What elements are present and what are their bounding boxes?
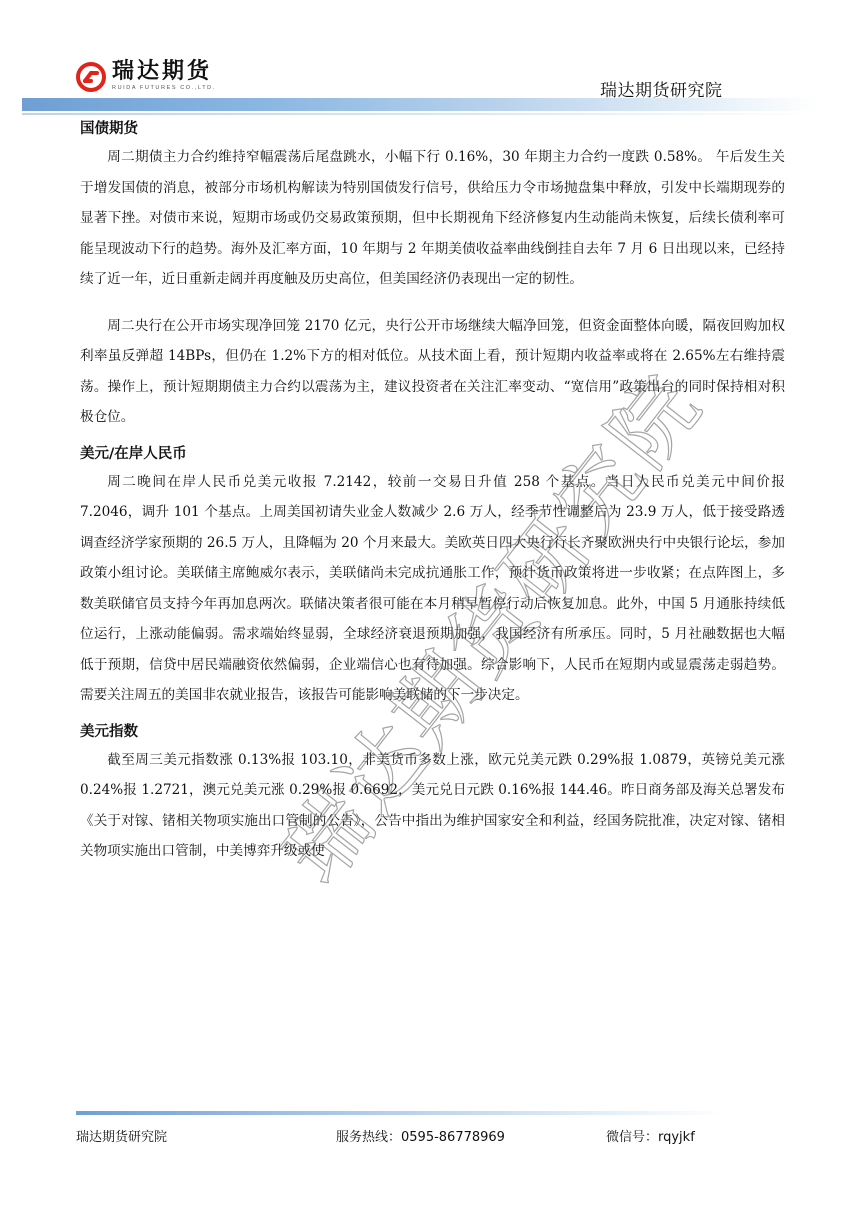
company-logo: 瑞达期货 RUIDA FUTURES CO.,LTD. [76,60,216,92]
paragraph: 周二央行在公开市场实现净回笼 2170 亿元，央行公开市场继续大幅净回笼，但资金… [80,311,785,433]
footer-wechat: 微信号：rqyjkf [606,1126,695,1145]
header-divider [22,113,817,115]
page-header: 瑞达期货 RUIDA FUTURES CO.,LTD. 瑞达期货研究院 [0,0,860,120]
report-body: 国债期货 周二期债主力合约维持窄幅震荡后尾盘跳水，小幅下行 0.16%，30 年… [80,118,785,867]
section-title-treasury-futures: 国债期货 [80,118,785,140]
paragraph: 周二期债主力合约维持窄幅震荡后尾盘跳水，小幅下行 0.16%，30 年期主力合约… [80,142,785,295]
paragraph: 截至周三美元指数涨 0.13%报 103.10，非美货币多数上涨，欧元兑美元跌 … [80,745,785,867]
section-title-dollar-index: 美元指数 [80,721,785,743]
footer-hotline: 服务热线：0595-86778969 [336,1126,505,1145]
footer-institute: 瑞达期货研究院 [76,1126,167,1145]
footer-gradient-band [76,1111,726,1115]
logo-english-name: RUIDA FUTURES CO.,LTD. [112,85,216,92]
section-title-usd-cny: 美元/在岸人民币 [80,443,785,465]
header-gradient-band [22,98,817,111]
logo-chinese-name: 瑞达期货 [112,60,216,84]
ruida-logo-icon [76,62,106,92]
paragraph: 周二晚间在岸人民币兑美元收报 7.2142，较前一交易日升值 258 个基点。当… [80,467,785,711]
